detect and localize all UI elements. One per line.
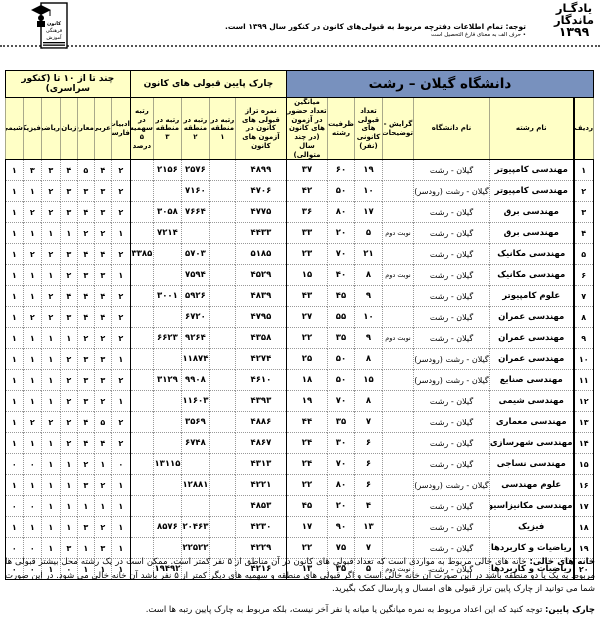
major-name: فیزیک	[490, 517, 574, 538]
capacity: ۲۰	[328, 223, 355, 244]
table-row: ۱۶علوم مهندسیگیلان - رشت (رودسر)۶۸۰۲۲۴۲۲…	[5, 475, 593, 496]
admitted-count: ۲۱	[355, 244, 383, 265]
subject-language: ۳	[60, 307, 77, 328]
footnote-quartile-text: توجه کنید که این اعداد مربوط به نمره میا…	[146, 605, 543, 615]
avg-exams: ۲۷	[286, 307, 327, 328]
col-header-math: ریاضیات	[41, 98, 60, 160]
rank-quota5	[130, 496, 153, 517]
subject-arabic: ۳	[94, 370, 111, 391]
rank-region3	[153, 349, 181, 370]
col-header-region3: رتبه در منطقه ۳	[153, 98, 181, 160]
subject-math: ۱	[41, 223, 60, 244]
subject-literature: ۰	[111, 454, 130, 475]
admitted-count: ۸	[355, 265, 383, 286]
university-name: گیلان - رشت	[414, 454, 490, 475]
col-header-university: نام دانشگاه	[414, 98, 490, 160]
subject-chemistry: ۱	[5, 412, 23, 433]
subject-literature: ۱	[111, 517, 130, 538]
rank-region1	[209, 160, 235, 181]
subject-math: ۱	[41, 454, 60, 475]
subject-language: ۲	[60, 349, 77, 370]
subject-chemistry: ۱	[5, 181, 23, 202]
university-name: گیلان - رشت	[414, 328, 490, 349]
score-quartile: ۴۲۷۴	[235, 349, 286, 370]
score-quartile: ۴۲۳۰	[235, 517, 286, 538]
rank-region1	[209, 202, 235, 223]
capacity: ۴۰	[328, 265, 355, 286]
avg-exams: ۳۳	[286, 223, 327, 244]
avg-exams: ۴۳	[286, 286, 327, 307]
subject-religion: ۳	[77, 475, 94, 496]
avg-exams: ۴۲	[286, 181, 327, 202]
capacity: ۳۰	[328, 433, 355, 454]
capacity: ۴۵	[328, 286, 355, 307]
row-no: ۸	[574, 307, 594, 328]
row-no: ۱۱	[574, 370, 594, 391]
subject-physics: ۲	[23, 244, 41, 265]
subject-math: ۱	[41, 265, 60, 286]
subject-physics: ۱	[23, 223, 41, 244]
capacity: ۵۰	[328, 349, 355, 370]
table-row: ۷علوم کامپیوترگیلان - رشت۹۴۵۴۳۴۸۳۹۵۹۲۶۳۰…	[5, 286, 593, 307]
logo-text-line: فرهنگی	[46, 27, 63, 34]
subject-literature: ۲	[111, 244, 130, 265]
rank-region2: ۵۹۲۶	[181, 286, 209, 307]
avg-exams: ۲۲	[286, 328, 327, 349]
footnote-empty-cells: خانه های خالی: خانه های خالی مربوط به مو…	[5, 556, 595, 597]
group-header-subjects: چند تا از ۱۰ تا (کنکور سراسری)	[5, 71, 130, 98]
subject-chemistry: ۱	[5, 349, 23, 370]
orientation-note	[383, 454, 414, 475]
capacity: ۶۰	[328, 160, 355, 181]
score-quartile: ۴۳۹۳	[235, 391, 286, 412]
subject-arabic: ۳	[94, 181, 111, 202]
rank-quota5	[130, 202, 153, 223]
subject-math: ۱	[41, 496, 60, 517]
admissions-table: دانشگاه گیلان – رشت چارک پایین قبولی های…	[5, 70, 594, 580]
brand-logotype: یادگـار ماندگار ۱۳۹۹	[554, 2, 594, 38]
subject-math: ۲	[41, 202, 60, 223]
admitted-count: ۱۵	[355, 370, 383, 391]
university-name: گیلان - رشت	[414, 412, 490, 433]
major-name: مهندسی شهرسازی	[490, 433, 574, 454]
capacity: ۷۰	[328, 391, 355, 412]
col-header-quota5: رتبه در سهمیه ۵ درصد	[130, 98, 153, 160]
col-header-religion: معارف	[77, 98, 94, 160]
major-name: مهندسی عمران	[490, 328, 574, 349]
table-title: دانشگاه گیلان – رشت	[286, 71, 593, 98]
subject-language: ۲	[60, 265, 77, 286]
subject-religion: ۴	[77, 412, 94, 433]
subject-literature: ۱	[111, 475, 130, 496]
score-quartile: ۴۸۸۶	[235, 412, 286, 433]
capacity: ۹۰	[328, 517, 355, 538]
university-name: گیلان - رشت	[414, 202, 490, 223]
rank-region2	[181, 454, 209, 475]
rank-region3	[153, 307, 181, 328]
admitted-count: ۸	[355, 349, 383, 370]
subject-language: ۱	[60, 223, 77, 244]
avg-exams: ۲۴	[286, 454, 327, 475]
rank-region2: ۲۵۷۶	[181, 160, 209, 181]
rank-region1	[209, 412, 235, 433]
table-row: ۲مهندسی کامپیوترگیلان - رشت (رودسر)۱۰۵۰۴…	[5, 181, 593, 202]
subject-chemistry: ۱	[5, 370, 23, 391]
col-header-avg-presence: میانگین تعداد حضور در آزمون های کانون (د…	[286, 98, 327, 160]
rank-region2	[181, 223, 209, 244]
orientation-note	[383, 202, 414, 223]
rank-region3	[153, 181, 181, 202]
subject-literature: ۱	[111, 223, 130, 244]
capacity: ۵۵	[328, 307, 355, 328]
col-header-score: نمره تراز قبولی های کانون در آزمون های ک…	[235, 98, 286, 160]
subject-language: ۴	[60, 286, 77, 307]
table-row: ۴مهندسی برقگیلان - رشتنوبت دوم۵۲۰۳۳۴۴۳۳۷…	[5, 223, 593, 244]
rank-quota5	[130, 223, 153, 244]
capacity: ۳۵	[328, 328, 355, 349]
avg-exams: ۲۵	[286, 349, 327, 370]
orientation-note: نوبت دوم	[383, 223, 414, 244]
rank-region2: ۷۱۶۰	[181, 181, 209, 202]
score-quartile: ۵۱۸۵	[235, 244, 286, 265]
subject-arabic: ۲	[94, 223, 111, 244]
orientation-note	[383, 181, 414, 202]
rank-region1	[209, 349, 235, 370]
rank-quota5	[130, 454, 153, 475]
subject-religion: ۳	[77, 349, 94, 370]
orientation-note	[383, 160, 414, 181]
major-name: مهندسی عمران	[490, 307, 574, 328]
subject-language: ۲	[60, 391, 77, 412]
subject-religion: ۲	[77, 454, 94, 475]
masthead-subnote: • حرف الف به معنای فارغ التحصیل است	[225, 32, 526, 38]
capacity: ۲۰	[328, 496, 355, 517]
subject-language: ۱	[60, 454, 77, 475]
subject-language: ۳	[60, 181, 77, 202]
capacity: ۳۵	[328, 412, 355, 433]
rank-region2: ۱۱۶۰۳	[181, 391, 209, 412]
avg-exams: ۳۷	[286, 160, 327, 181]
subject-religion: ۱	[77, 496, 94, 517]
subject-literature: ۲	[111, 286, 130, 307]
rank-region1	[209, 286, 235, 307]
subject-math: ۲	[41, 412, 60, 433]
kanoon-logo: کانون فرهنگی آموزش	[30, 2, 68, 50]
footnote-empty-cells-label: خانه های خالی:	[529, 557, 595, 567]
col-header-row-no: ردیف	[574, 98, 594, 160]
subject-physics: ۱	[23, 517, 41, 538]
rank-region3	[153, 433, 181, 454]
score-quartile: ۴۷۷۵	[235, 202, 286, 223]
col-header-region2: رتبه در منطقه ۲	[181, 98, 209, 160]
row-no: ۶	[574, 265, 594, 286]
rank-region1	[209, 475, 235, 496]
rank-region2: ۶۷۴۸	[181, 433, 209, 454]
score-quartile: ۴۸۳۹	[235, 286, 286, 307]
rank-region3: ۳۰۵۸	[153, 202, 181, 223]
rank-region2	[181, 496, 209, 517]
subject-religion: ۴	[77, 244, 94, 265]
avg-exams: ۲۲	[286, 475, 327, 496]
subject-literature: ۲	[111, 181, 130, 202]
rank-region2: ۱۲۸۸۱	[181, 475, 209, 496]
admitted-count: ۶	[355, 433, 383, 454]
subject-language: ۳	[60, 244, 77, 265]
major-name: مهندسی کامپیوتر	[490, 181, 574, 202]
subject-physics: ۱	[23, 181, 41, 202]
score-quartile: ۴۵۲۹	[235, 265, 286, 286]
major-name: مهندسی مکانیک	[490, 244, 574, 265]
subject-math: ۱	[41, 475, 60, 496]
rank-quota5	[130, 265, 153, 286]
subject-literature: ۱	[111, 265, 130, 286]
major-name: مهندسی معماری	[490, 412, 574, 433]
subject-arabic: ۳	[94, 265, 111, 286]
subject-literature: ۲	[111, 307, 130, 328]
avg-exams: ۱۸	[286, 370, 327, 391]
score-quartile: ۴۸۵۳	[235, 496, 286, 517]
major-name: مهندسی برق	[490, 223, 574, 244]
subject-physics: ۱	[23, 328, 41, 349]
row-no: ۱	[574, 160, 594, 181]
major-name: مهندسی عمران	[490, 349, 574, 370]
subject-math: ۲	[41, 286, 60, 307]
university-name: گیلان - رشت (رودسر)	[414, 475, 490, 496]
subject-physics: ۱	[23, 433, 41, 454]
table-row: ۱۴مهندسی شهرسازیگیلان - رشت۶۳۰۲۴۴۸۶۷۶۷۴۸…	[5, 433, 593, 454]
col-header-language: زبان	[60, 98, 77, 160]
rank-region1	[209, 454, 235, 475]
subject-language: ۳	[60, 202, 77, 223]
rank-quota5	[130, 307, 153, 328]
footnote-quartile-label: چارک پایین:	[545, 605, 595, 615]
subject-literature: ۲	[111, 160, 130, 181]
subject-arabic: ۲	[94, 391, 111, 412]
orientation-note	[383, 391, 414, 412]
table-row: ۹مهندسی عمرانگیلان - رشتنوبت دوم۹۳۵۲۲۴۳۵…	[5, 328, 593, 349]
rank-quota5: ۳۳۸۵	[130, 244, 153, 265]
admitted-count: ۱۳	[355, 517, 383, 538]
subject-chemistry: ۱	[5, 328, 23, 349]
capacity: ۸۰	[328, 202, 355, 223]
subject-language: ۱	[60, 475, 77, 496]
subject-religion: ۳	[77, 391, 94, 412]
subject-arabic: ۵	[94, 412, 111, 433]
avg-exams: ۳۶	[286, 202, 327, 223]
subject-chemistry: ۱	[5, 265, 23, 286]
subject-religion: ۴	[77, 433, 94, 454]
orientation-note: نوبت دوم	[383, 328, 414, 349]
rank-quota5	[130, 475, 153, 496]
admitted-count: ۱۰	[355, 307, 383, 328]
subject-literature: ۱	[111, 496, 130, 517]
group-header-quartile: چارک پایین قبولی های کانون	[130, 71, 286, 98]
subject-literature: ۱	[111, 349, 130, 370]
footnote-quartile: چارک پایین: توجه کنید که این اعداد مربوط…	[5, 604, 595, 618]
subject-literature: ۲	[111, 433, 130, 454]
subject-physics: ۱	[23, 391, 41, 412]
rank-quota5	[130, 286, 153, 307]
row-no: ۴	[574, 223, 594, 244]
rank-region1	[209, 265, 235, 286]
col-header-capacity: ظرفیت رشته	[328, 98, 355, 160]
major-name: مهندسی نساجی	[490, 454, 574, 475]
admitted-count: ۱۹	[355, 160, 383, 181]
subject-literature: ۲	[111, 370, 130, 391]
admitted-count: ۷	[355, 412, 383, 433]
avg-exams: ۲۴	[286, 433, 327, 454]
logo-text-line: کانون	[47, 21, 61, 27]
subject-chemistry: ۱	[5, 307, 23, 328]
subject-chemistry: ۱	[5, 391, 23, 412]
rank-region2: ۲۰۴۶۳	[181, 517, 209, 538]
subject-math: ۱	[41, 370, 60, 391]
subject-chemistry: ۱	[5, 202, 23, 223]
subject-physics: ۲	[23, 202, 41, 223]
row-no: ۱۵	[574, 454, 594, 475]
university-name: گیلان - رشت	[414, 433, 490, 454]
rank-region3: ۱۳۱۱۵	[153, 454, 181, 475]
logo-text-line: آموزش	[46, 34, 62, 41]
orientation-note	[383, 370, 414, 391]
subject-physics: ۰	[23, 496, 41, 517]
subject-language: ۲	[60, 370, 77, 391]
orientation-note	[383, 286, 414, 307]
admitted-count: ۶	[355, 475, 383, 496]
subject-arabic: ۱	[94, 496, 111, 517]
masthead-note: توجه: تمام اطلاعات دفترچه مربوط به قبولی…	[225, 22, 526, 31]
subject-math: ۳	[41, 160, 60, 181]
subject-math: ۱	[41, 391, 60, 412]
score-quartile: ۴۸۹۹	[235, 160, 286, 181]
subject-math: ۱	[41, 328, 60, 349]
table-row: ۳مهندسی برقگیلان - رشت۱۷۸۰۳۶۴۷۷۵۷۶۶۴۳۰۵۸…	[5, 202, 593, 223]
admitted-count: ۶	[355, 454, 383, 475]
avg-exams: ۱۹	[286, 391, 327, 412]
university-name: گیلان - رشت (رودسر)	[414, 181, 490, 202]
university-name: گیلان - رشت	[414, 286, 490, 307]
rank-region2: ۹۲۶۴	[181, 328, 209, 349]
row-no: ۷	[574, 286, 594, 307]
table-row: ۶مهندسی مکانیکگیلان - رشتنوبت دوم۸۴۰۱۵۴۵…	[5, 265, 593, 286]
subject-religion: ۵	[77, 160, 94, 181]
row-no: ۱۲	[574, 391, 594, 412]
table-row: ۱۱مهندسی صنایعگیلان - رشت (رودسر)۱۵۵۰۱۸۴…	[5, 370, 593, 391]
table-row: ۱۰مهندسی عمرانگیلان - رشت (رودسر)۸۵۰۲۵۴۲…	[5, 349, 593, 370]
row-no: ۳	[574, 202, 594, 223]
admitted-count: ۹	[355, 328, 383, 349]
capacity: ۵۰	[328, 370, 355, 391]
rank-region2: ۳۵۶۹	[181, 412, 209, 433]
rank-region3	[153, 391, 181, 412]
rank-region3	[153, 265, 181, 286]
subject-math: ۲	[41, 181, 60, 202]
major-name: علوم کامپیوتر	[490, 286, 574, 307]
orientation-note	[383, 517, 414, 538]
subject-religion: ۳	[77, 181, 94, 202]
rank-region2: ۷۶۶۴	[181, 202, 209, 223]
rank-region1	[209, 181, 235, 202]
major-name: مهندسی شیمی	[490, 391, 574, 412]
admitted-count: ۴	[355, 496, 383, 517]
rank-region3: ۳۱۲۹	[153, 370, 181, 391]
row-no: ۱۰	[574, 349, 594, 370]
subject-language: ۴	[60, 160, 77, 181]
rank-quota5	[130, 412, 153, 433]
subject-language: ۱	[60, 496, 77, 517]
rank-region2: ۷۵۹۴	[181, 265, 209, 286]
admitted-count: ۵	[355, 223, 383, 244]
capacity: ۷۰	[328, 454, 355, 475]
university-name: گیلان - رشت	[414, 244, 490, 265]
footnote-empty-cells-text: خانه های خالی مربوط به مواردی است که تعد…	[5, 557, 595, 594]
major-name: مهندسی صنایع	[490, 370, 574, 391]
subject-math: ۱	[41, 517, 60, 538]
avg-exams: ۴۵	[286, 496, 327, 517]
avg-exams: ۴۴	[286, 412, 327, 433]
rank-quota5	[130, 391, 153, 412]
subject-physics: ۱	[23, 370, 41, 391]
subject-chemistry: ۰	[5, 496, 23, 517]
subject-chemistry: ۱	[5, 475, 23, 496]
masthead: یادگـار ماندگار ۱۳۹۹ توجه: تمام اطلاعات …	[0, 0, 600, 47]
masthead-notes: توجه: تمام اطلاعات دفترچه مربوط به قبولی…	[225, 22, 526, 38]
subject-chemistry: ۱	[5, 244, 23, 265]
orientation-note	[383, 475, 414, 496]
col-header-chemistry: شیمی	[5, 98, 23, 160]
rank-quota5	[130, 433, 153, 454]
orientation-note	[383, 496, 414, 517]
subject-language: ۲	[60, 433, 77, 454]
row-no: ۱۸	[574, 517, 594, 538]
rank-region3: ۷۲۱۴	[153, 223, 181, 244]
admitted-count: ۹	[355, 286, 383, 307]
subject-language: ۱	[60, 517, 77, 538]
orientation-note	[383, 244, 414, 265]
row-no: ۹	[574, 328, 594, 349]
admitted-count: ۱۷	[355, 202, 383, 223]
subject-math: ۱	[41, 433, 60, 454]
subject-chemistry: ۱	[5, 223, 23, 244]
subject-math: ۲	[41, 244, 60, 265]
university-name: گیلان - رشت	[414, 160, 490, 181]
subject-arabic: ۴	[94, 244, 111, 265]
admitted-count: ۸	[355, 391, 383, 412]
rank-region2: ۱۱۸۷۴	[181, 349, 209, 370]
score-quartile: ۴۳۱۳	[235, 454, 286, 475]
score-quartile: ۴۶۱۰	[235, 370, 286, 391]
subject-arabic: ۲	[94, 517, 111, 538]
col-header-literature: ادبیات فارسی	[111, 98, 130, 160]
subject-arabic: ۴	[94, 307, 111, 328]
major-name: مهندسی کامپیوتر	[490, 160, 574, 181]
subject-arabic: ۲	[94, 475, 111, 496]
rank-quota5	[130, 517, 153, 538]
subject-religion: ۴	[77, 307, 94, 328]
row-no: ۵	[574, 244, 594, 265]
row-no: ۱۶	[574, 475, 594, 496]
subject-physics: ۲	[23, 307, 41, 328]
orientation-note	[383, 412, 414, 433]
rank-quota5	[130, 181, 153, 202]
university-name: گیلان - رشت	[414, 391, 490, 412]
major-name: مهندسی مکانیک	[490, 265, 574, 286]
major-name: مهندسی برق	[490, 202, 574, 223]
table-row: ۱۲مهندسی شیمیگیلان - رشت۸۷۰۱۹۴۳۹۳۱۱۶۰۳۱۲…	[5, 391, 593, 412]
rank-region1	[209, 328, 235, 349]
score-quartile: ۴۲۲۱	[235, 475, 286, 496]
rank-region1	[209, 307, 235, 328]
